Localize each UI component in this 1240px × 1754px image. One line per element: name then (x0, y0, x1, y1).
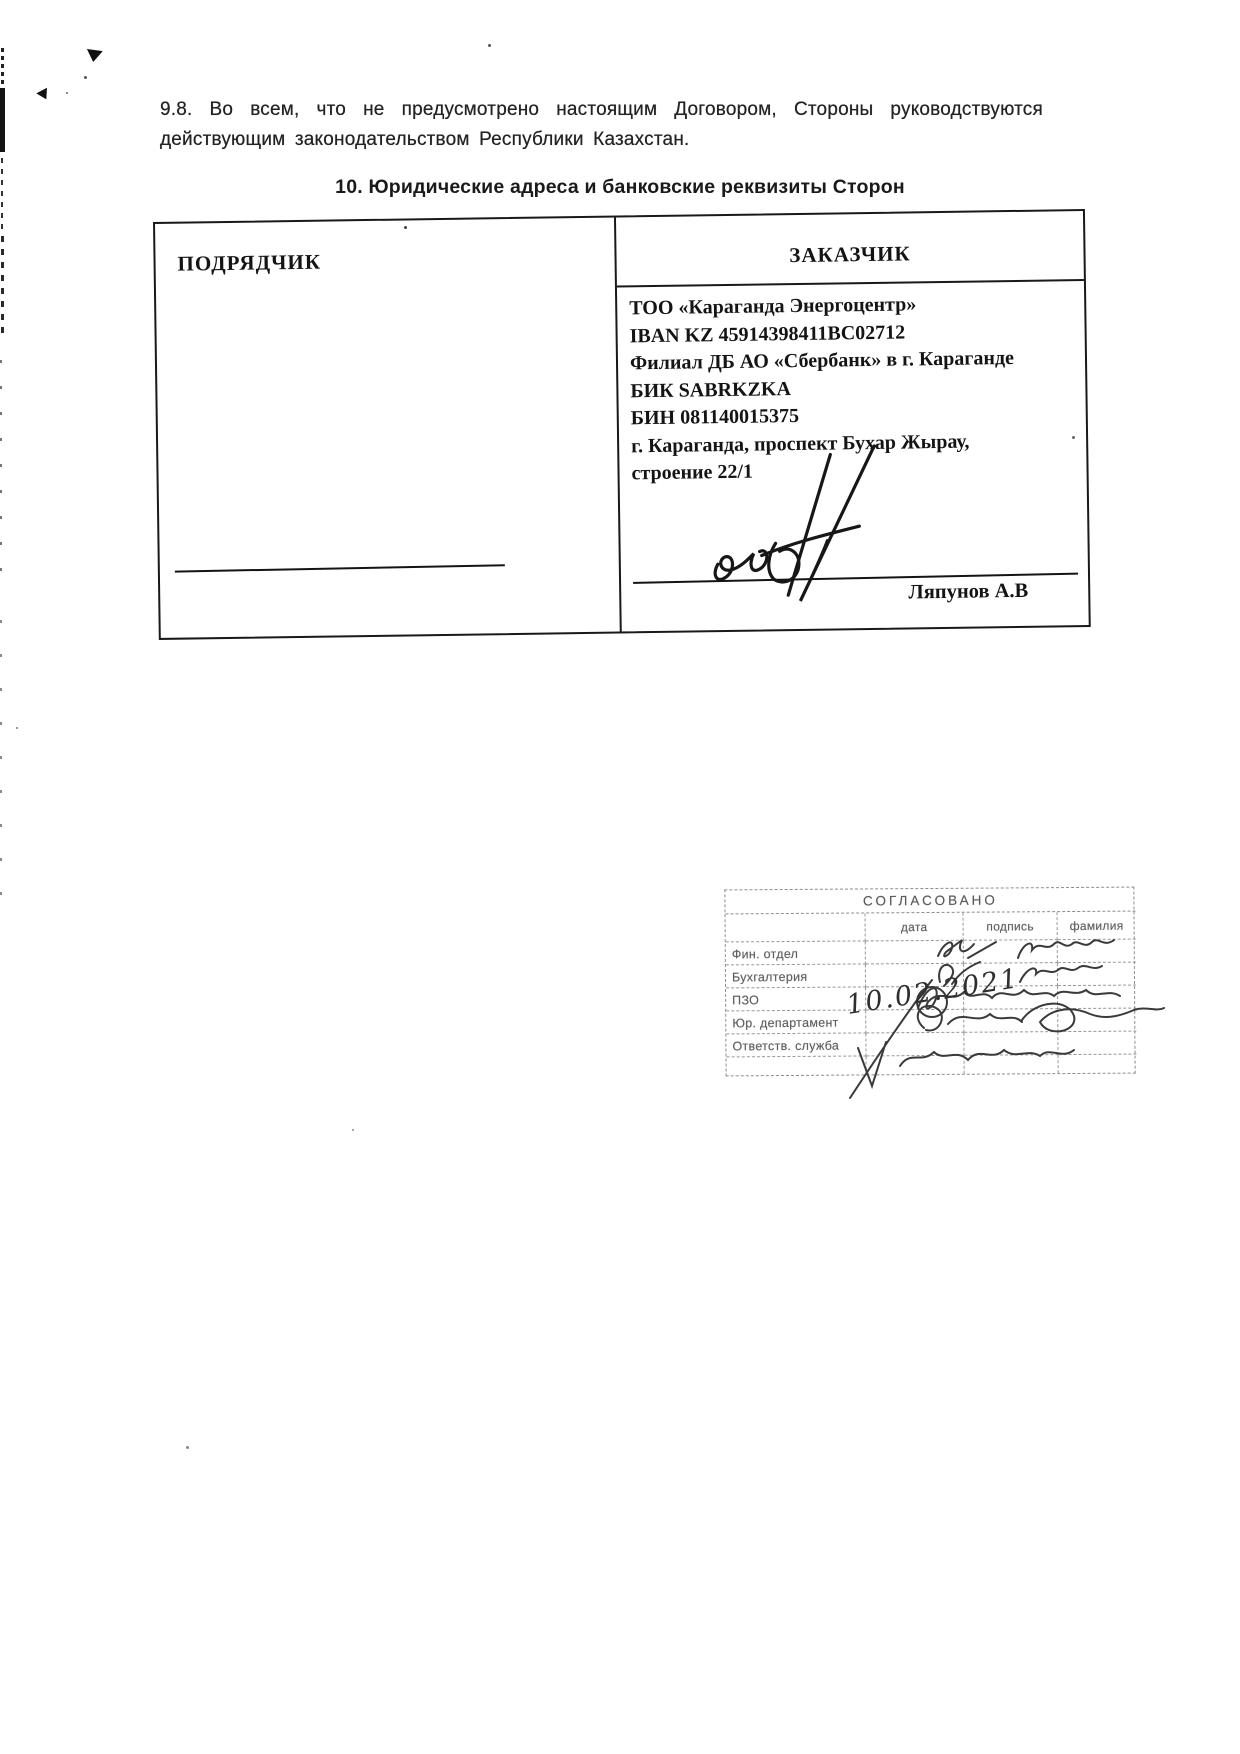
customer-header: ЗАКАЗЧИК (616, 239, 1083, 271)
arrow-mark-icon (36, 88, 51, 102)
stamp-row-accounting-label: Бухгалтерия (726, 964, 866, 988)
scan-speck (16, 727, 18, 729)
stamp-row-legal-label: Юр. департамент (726, 1010, 866, 1034)
stamp-header-signature: подпись (964, 912, 1058, 941)
scan-edge-artifact (0, 88, 5, 152)
customer-column: ЗАКАЗЧИК ТОО «Караганда Энергоцентр» IBA… (614, 211, 1089, 632)
stamp-cell (866, 1033, 964, 1057)
stamp-cell (964, 1009, 1058, 1033)
stamp-cell (964, 1032, 1058, 1056)
clause-9-8-text: 9.8. Во всем, что не предусмотрено насто… (160, 95, 1043, 156)
scan-speck (352, 1129, 354, 1131)
stamp-cell (964, 963, 1058, 987)
stamp-cell (866, 964, 964, 988)
scan-edge-artifact (0, 620, 2, 900)
stamp-header-empty (726, 913, 866, 942)
customer-signatory-name: Ляпунов А.В (908, 580, 1028, 605)
stamp-header-surname: фамилия (1058, 912, 1136, 941)
stamp-cell (964, 986, 1058, 1010)
requisites-table: ПОДРЯДЧИК ЗАКАЗЧИК ТОО «Караганда Энерго… (153, 209, 1091, 640)
approval-stamp: СОГЛАСОВАНО дата подпись фамилия Фин. от… (724, 887, 1135, 1077)
customer-signature-ink (702, 441, 924, 609)
stamp-cell (1058, 963, 1136, 987)
contractor-column: ПОДРЯДЧИК (155, 218, 620, 638)
customer-header-underline (617, 279, 1084, 288)
stamp-cell (727, 1056, 867, 1075)
stamp-cell (1059, 1055, 1137, 1074)
stamp-cell (1058, 1009, 1136, 1033)
scan-speck (66, 92, 68, 94)
arrow-mark-icon (85, 49, 103, 63)
scan-edge-artifact (1, 48, 4, 86)
section-10-heading: 10. Юридические адреса и банковские рекв… (0, 176, 1240, 199)
stamp-cell (866, 1010, 964, 1034)
stamp-cell (866, 941, 964, 965)
stamp-cell (1058, 1032, 1136, 1056)
scan-edge-artifact (0, 360, 2, 580)
stamp-cell (965, 1055, 1059, 1074)
scan-edge-artifact (1, 236, 4, 334)
stamp-cell (866, 987, 964, 1011)
stamp-row-fin-label: Фин. отдел (726, 941, 866, 965)
scan-speck (186, 1446, 189, 1449)
stamp-header-date: дата (866, 913, 964, 942)
approval-stamp-title: СОГЛАСОВАНО (725, 888, 1135, 915)
contractor-header: ПОДРЯДЧИК (177, 250, 321, 277)
contractor-signature-line (175, 564, 505, 572)
scan-speck (488, 44, 491, 47)
stamp-cell (1058, 986, 1136, 1010)
stamp-cell (964, 940, 1058, 964)
scanned-contract-page: 9.8. Во всем, что не предусмотрено насто… (0, 0, 1240, 1754)
stamp-cell (867, 1056, 965, 1075)
stamp-cell (1058, 940, 1136, 964)
stamp-row-responsible-label: Ответств. служба (726, 1033, 866, 1057)
stamp-row-pzo-label: ПЗО (726, 987, 866, 1011)
scan-speck (84, 76, 87, 79)
